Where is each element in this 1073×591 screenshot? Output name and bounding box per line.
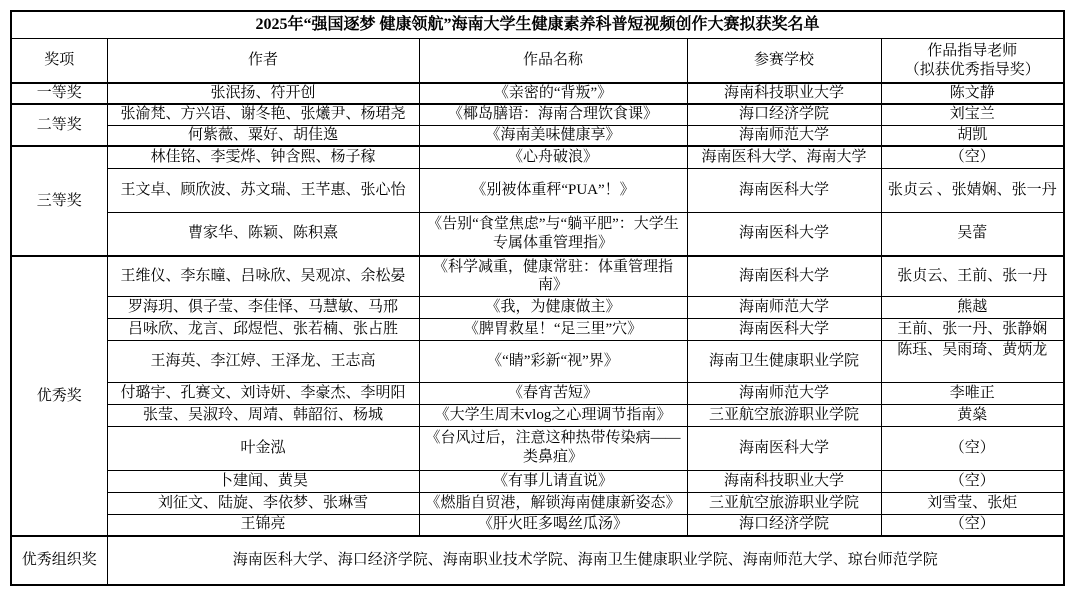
work-title-cell: 《海南美味健康享》: [419, 125, 687, 146]
award-row: 二等奖 张渝梵、方兴语、谢冬艳、张爔尹、杨珺尧 《椰岛膳语：海南合理饮食课》 海…: [11, 104, 1064, 125]
award-cell: 优秀奖: [11, 256, 107, 536]
work-title-cell: 《脾胃救星！“足三里”穴》: [419, 318, 687, 340]
teacher-cell: 吴蕾: [881, 212, 1064, 256]
award-row: 罗海玥、俱子莹、李佳怿、马慧敏、马邢 《我，为健康做主》 海南师范大学 熊越: [11, 296, 1064, 318]
school-cell: 海南医科大学: [687, 426, 881, 470]
work-title-cell: 《心舟破浪》: [419, 146, 687, 168]
award-row: 何紫薇、粟好、胡佳逸 《海南美味健康享》 海南师范大学 胡凯: [11, 125, 1064, 146]
authors-cell: 张渝梵、方兴语、谢冬艳、张爔尹、杨珺尧: [107, 104, 419, 125]
award-row: 三等奖 林佳铭、李雯烨、钟含熙、杨子稼 《心舟破浪》 海南医科大学、海南大学 （…: [11, 146, 1064, 168]
award-row: 王锦亮 《肝火旺多喝丝瓜汤》 海口经济学院 （空）: [11, 514, 1064, 536]
work-title-cell: 《“睛”彩新“视”界》: [419, 340, 687, 382]
awards-table: 2025年“强国逐梦 健康领航”海南大学生健康素养科普短视频创作大赛拟获奖名单 …: [10, 10, 1065, 586]
column-header-teacher-line2: （拟获优秀指导奖）: [885, 61, 1061, 80]
school-cell: 海南师范大学: [687, 296, 881, 318]
teacher-cell: （空）: [881, 146, 1064, 168]
teacher-cell: 黄燊: [881, 404, 1064, 426]
school-cell: 海南卫生健康职业学院: [687, 340, 881, 382]
work-title-cell: 《亲密的“背叛”》: [419, 83, 687, 104]
school-cell: 海南医科大学: [687, 318, 881, 340]
authors-cell: 张泯扬、符开创: [107, 83, 419, 104]
work-title-cell: 《燃脂自贸港，解锁海南健康新姿态》: [419, 492, 687, 514]
authors-cell: 曹家华、陈颖、陈积熹: [107, 212, 419, 256]
work-title-cell: 《别被体重秤“PUA”！》: [419, 168, 687, 212]
award-row: 卜建闻、黄昊 《有事儿请直说》 海南科技职业大学 （空）: [11, 470, 1064, 492]
award-cell: 优秀组织奖: [11, 536, 107, 585]
authors-cell: 何紫薇、粟好、胡佳逸: [107, 125, 419, 146]
school-cell: 海南医科大学: [687, 168, 881, 212]
award-row: 王海英、李江婷、王泽龙、王志高 《“睛”彩新“视”界》 海南卫生健康职业学院 陈…: [11, 340, 1064, 382]
school-cell: 海口经济学院: [687, 104, 881, 125]
award-row: 叶金泓 《台风过后，注意这种热带传染病——类鼻疽》 海南医科大学 （空）: [11, 426, 1064, 470]
title-row: 2025年“强国逐梦 健康领航”海南大学生健康素养科普短视频创作大赛拟获奖名单: [11, 11, 1064, 39]
work-title-cell: 《科学减重，健康常驻：体重管理指南》: [419, 256, 687, 296]
award-row: 优秀奖 王维仪、李东曈、吕咏欣、吴观凉、余松晏 《科学减重，健康常驻：体重管理指…: [11, 256, 1064, 296]
authors-cell: 林佳铭、李雯烨、钟含熙、杨子稼: [107, 146, 419, 168]
work-title-cell: 《我，为健康做主》: [419, 296, 687, 318]
award-row: 付璐宇、孔赛文、刘诗妍、李豪杰、李明阳 《春宵苦短》 海南师范大学 李唯正: [11, 382, 1064, 404]
authors-cell: 王维仪、李东曈、吕咏欣、吴观凉、余松晏: [107, 256, 419, 296]
school-cell: 海南师范大学: [687, 382, 881, 404]
authors-cell: 卜建闻、黄昊: [107, 470, 419, 492]
award-row: 张莹、吴淑玲、周靖、韩韶衍、杨城 《大学生周末vlog之心理调节指南》 三亚航空…: [11, 404, 1064, 426]
teacher-cell: 张贞云 、张婧娴、张一丹: [881, 168, 1064, 212]
column-header-authors: 作者: [107, 39, 419, 84]
work-title-cell: 《春宵苦短》: [419, 382, 687, 404]
school-cell: 海口经济学院: [687, 514, 881, 536]
authors-cell: 刘征文、陆旋、李依梦、张琳雪: [107, 492, 419, 514]
award-row: 吕咏欣、龙言、邱煜恺、张若楠、张占胜 《脾胃救星！“足三里”穴》 海南医科大学 …: [11, 318, 1064, 340]
column-header-award: 奖项: [11, 39, 107, 84]
school-cell: 三亚航空旅游职业学院: [687, 492, 881, 514]
work-title-cell: 《告别“食堂焦虑”与“躺平肥”：大学生专属体重管理指》: [419, 212, 687, 256]
teacher-cell: 刘宝兰: [881, 104, 1064, 125]
authors-cell: 吕咏欣、龙言、邱煜恺、张若楠、张占胜: [107, 318, 419, 340]
school-cell: 海南医科大学: [687, 212, 881, 256]
work-title-cell: 《肝火旺多喝丝瓜汤》: [419, 514, 687, 536]
authors-cell: 罗海玥、俱子莹、李佳怿、马慧敏、马邢: [107, 296, 419, 318]
school-cell: 海南科技职业大学: [687, 83, 881, 104]
teacher-cell: （空）: [881, 470, 1064, 492]
authors-cell: 付璐宇、孔赛文、刘诗妍、李豪杰、李明阳: [107, 382, 419, 404]
award-cell: 三等奖: [11, 146, 107, 256]
award-row: 一等奖 张泯扬、符开创 《亲密的“背叛”》 海南科技职业大学 陈文静: [11, 83, 1064, 104]
org-schools-cell: 海南医科大学、海口经济学院、海南职业技术学院、海南卫生健康职业学院、海南师范大学…: [107, 536, 1064, 585]
authors-cell: 王海英、李江婷、王泽龙、王志高: [107, 340, 419, 382]
school-cell: 三亚航空旅游职业学院: [687, 404, 881, 426]
work-title-cell: 《有事儿请直说》: [419, 470, 687, 492]
award-row: 王文卓、顾欣波、苏文瑞、王芊惠、张心怡 《别被体重秤“PUA”！》 海南医科大学…: [11, 168, 1064, 212]
authors-cell: 张莹、吴淑玲、周靖、韩韶衍、杨城: [107, 404, 419, 426]
teacher-cell: （空）: [881, 514, 1064, 536]
authors-cell: 王文卓、顾欣波、苏文瑞、王芊惠、张心怡: [107, 168, 419, 212]
school-cell: 海南医科大学、海南大学: [687, 146, 881, 168]
school-cell: 海南科技职业大学: [687, 470, 881, 492]
authors-cell: 王锦亮: [107, 514, 419, 536]
column-header-school: 参赛学校: [687, 39, 881, 84]
org-award-row: 优秀组织奖 海南医科大学、海口经济学院、海南职业技术学院、海南卫生健康职业学院、…: [11, 536, 1064, 585]
school-cell: 海南师范大学: [687, 125, 881, 146]
teacher-cell: 张贞云、王前、张一丹: [881, 256, 1064, 296]
column-header-work: 作品名称: [419, 39, 687, 84]
award-row: 刘征文、陆旋、李依梦、张琳雪 《燃脂自贸港，解锁海南健康新姿态》 三亚航空旅游职…: [11, 492, 1064, 514]
teacher-cell: 李唯正: [881, 382, 1064, 404]
teacher-cell: 刘雪莹、张炬: [881, 492, 1064, 514]
header-row: 奖项 作者 作品名称 参赛学校 作品指导老师 （拟获优秀指导奖）: [11, 39, 1064, 84]
teacher-cell: （空）: [881, 426, 1064, 470]
school-cell: 海南医科大学: [687, 256, 881, 296]
award-row: 曹家华、陈颖、陈积熹 《告别“食堂焦虑”与“躺平肥”：大学生专属体重管理指》 海…: [11, 212, 1064, 256]
column-header-teacher-line1: 作品指导老师: [885, 42, 1061, 61]
work-title-cell: 《椰岛膳语：海南合理饮食课》: [419, 104, 687, 125]
work-title-cell: 《大学生周末vlog之心理调节指南》: [419, 404, 687, 426]
award-cell: 二等奖: [11, 104, 107, 146]
column-header-teacher: 作品指导老师 （拟获优秀指导奖）: [881, 39, 1064, 84]
teacher-cell: 熊越: [881, 296, 1064, 318]
table-title: 2025年“强国逐梦 健康领航”海南大学生健康素养科普短视频创作大赛拟获奖名单: [11, 11, 1064, 39]
teacher-cell: 王前、张一丹、张静娴: [881, 318, 1064, 340]
teacher-cell: 陈文静: [881, 83, 1064, 104]
teacher-cell: 胡凯: [881, 125, 1064, 146]
award-cell: 一等奖: [11, 83, 107, 104]
work-title-cell: 《台风过后，注意这种热带传染病——类鼻疽》: [419, 426, 687, 470]
authors-cell: 叶金泓: [107, 426, 419, 470]
teacher-cell: 陈珏、吴雨琦、黄炳龙: [881, 340, 1064, 382]
